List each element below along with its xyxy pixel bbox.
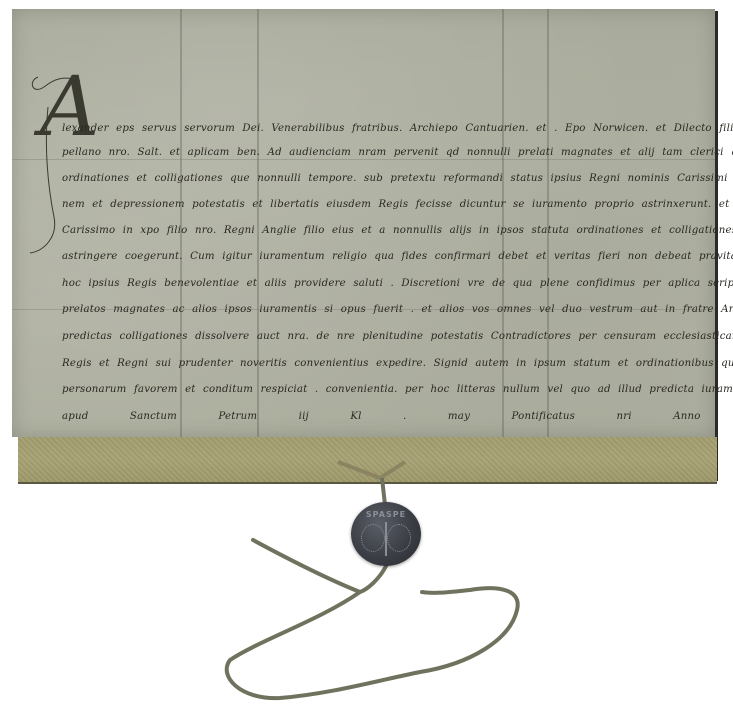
- text-line: personarum favorem et conditum respiciat…: [62, 384, 733, 395]
- parchment-sheet: A lexander eps servus servorum Dei. Vene…: [12, 9, 715, 437]
- seal-legend: SPASPE: [351, 510, 421, 519]
- fold-line: [180, 9, 182, 437]
- text-line: astringere coegerunt. Cum igitur iuramen…: [62, 251, 733, 262]
- text-line: prelatos magnates ac alios ipsos iuramen…: [62, 304, 733, 315]
- dating-clause: apud Sanctum Petrum iij Kl . may Pontifi…: [62, 411, 733, 422]
- text-line: Carissimo in xpo filio nro. Regni Anglie…: [62, 225, 733, 236]
- text-line: hoc ipsius Regis benevolentiae et aliis …: [62, 278, 733, 289]
- illuminated-initial: A: [40, 67, 90, 157]
- fold-line: [547, 9, 549, 437]
- lead-seal: SPASPE: [351, 502, 421, 566]
- text-line: lexander eps servus servorum Dei. Venera…: [62, 123, 733, 134]
- text-line: nem et depressionem potestatis et libert…: [62, 199, 733, 210]
- text-line: pellano nro. Salt. et aplicam ben. Ad au…: [62, 147, 733, 158]
- text-line: Regis et Regni sui prudenter noveritis c…: [62, 358, 733, 369]
- text-line: predictas colligationes dissolvere auct …: [62, 331, 733, 342]
- fold-line: [12, 159, 715, 160]
- fold-line: [502, 9, 504, 437]
- fold-line: [257, 9, 259, 437]
- seal-head-icon: [361, 524, 385, 552]
- text-line: ordinationes et colligationes que nonnul…: [62, 173, 733, 184]
- seal-head-icon: [387, 524, 411, 552]
- plica-fold: [18, 437, 717, 484]
